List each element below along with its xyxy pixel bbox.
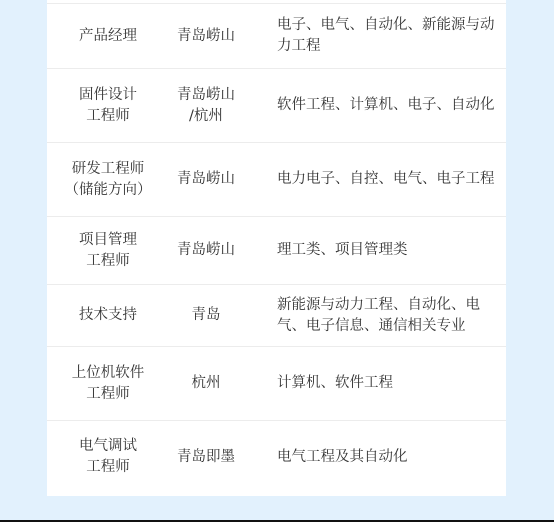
position-text: 项目管理	[55, 230, 161, 251]
location-text: 青岛	[161, 305, 251, 326]
major-cell: 计算机、软件工程	[251, 373, 499, 394]
major-cell: 电气工程及其自动化	[251, 447, 499, 468]
position-text: 工程师	[55, 384, 161, 405]
position-cell: 固件设计 工程师	[47, 85, 161, 127]
location-cell: 青岛	[161, 305, 251, 326]
location-text: 青岛即墨	[161, 447, 251, 468]
job-table-card: 产品经理 青岛崂山 电子、电气、自动化、新能源与动力工程 固件设计 工程师 青岛…	[47, 0, 506, 496]
major-cell: 新能源与动力工程、自动化、电气、电子信息、通信相关专业	[251, 295, 499, 337]
position-text: 技术支持	[55, 305, 161, 326]
position-cell: 研发工程师 （储能方向）	[47, 159, 161, 201]
major-cell: 电力电子、自控、电气、电子工程	[251, 169, 499, 190]
position-text: 工程师	[55, 457, 161, 478]
table-row: 研发工程师 （储能方向） 青岛崂山 电力电子、自控、电气、电子工程	[47, 143, 506, 217]
major-cell: 软件工程、计算机、电子、自动化	[251, 95, 499, 116]
major-cell: 理工类、项目管理类	[251, 240, 499, 261]
location-text: 青岛崂山	[161, 169, 251, 190]
location-cell: 青岛崂山	[161, 240, 251, 261]
table-row: 产品经理 青岛崂山 电子、电气、自动化、新能源与动力工程	[47, 4, 506, 69]
location-cell: 杭州	[161, 373, 251, 394]
table-row: 上位机软件 工程师 杭州 计算机、软件工程	[47, 347, 506, 421]
table-row: 固件设计 工程师 青岛崂山 /杭州 软件工程、计算机、电子、自动化	[47, 69, 506, 143]
position-text: 固件设计	[55, 85, 161, 106]
location-text: 青岛崂山	[161, 240, 251, 261]
location-text: /杭州	[161, 106, 251, 127]
location-cell: 青岛崂山	[161, 26, 251, 47]
major-cell: 电子、电气、自动化、新能源与动力工程	[251, 15, 499, 57]
position-text: 工程师	[55, 251, 161, 272]
table-row: 技术支持 青岛 新能源与动力工程、自动化、电气、电子信息、通信相关专业	[47, 285, 506, 347]
position-text: （储能方向）	[55, 180, 161, 201]
position-cell: 电气调试 工程师	[47, 436, 161, 478]
position-text: 上位机软件	[55, 363, 161, 384]
location-text: 青岛崂山	[161, 26, 251, 47]
position-cell: 项目管理 工程师	[47, 230, 161, 272]
location-cell: 青岛即墨	[161, 447, 251, 468]
table-row: 电气调试 工程师 青岛即墨 电气工程及其自动化	[47, 421, 506, 493]
position-text: 产品经理	[55, 26, 161, 47]
location-text: 青岛崂山	[161, 85, 251, 106]
location-cell: 青岛崂山	[161, 169, 251, 190]
location-text: 杭州	[161, 373, 251, 394]
position-cell: 技术支持	[47, 305, 161, 326]
position-text: 电气调试	[55, 436, 161, 457]
position-cell: 上位机软件 工程师	[47, 363, 161, 405]
table-row: 项目管理 工程师 青岛崂山 理工类、项目管理类	[47, 217, 506, 285]
position-cell: 产品经理	[47, 26, 161, 47]
location-cell: 青岛崂山 /杭州	[161, 85, 251, 127]
position-text: 工程师	[55, 106, 161, 127]
position-text: 研发工程师	[55, 159, 161, 180]
